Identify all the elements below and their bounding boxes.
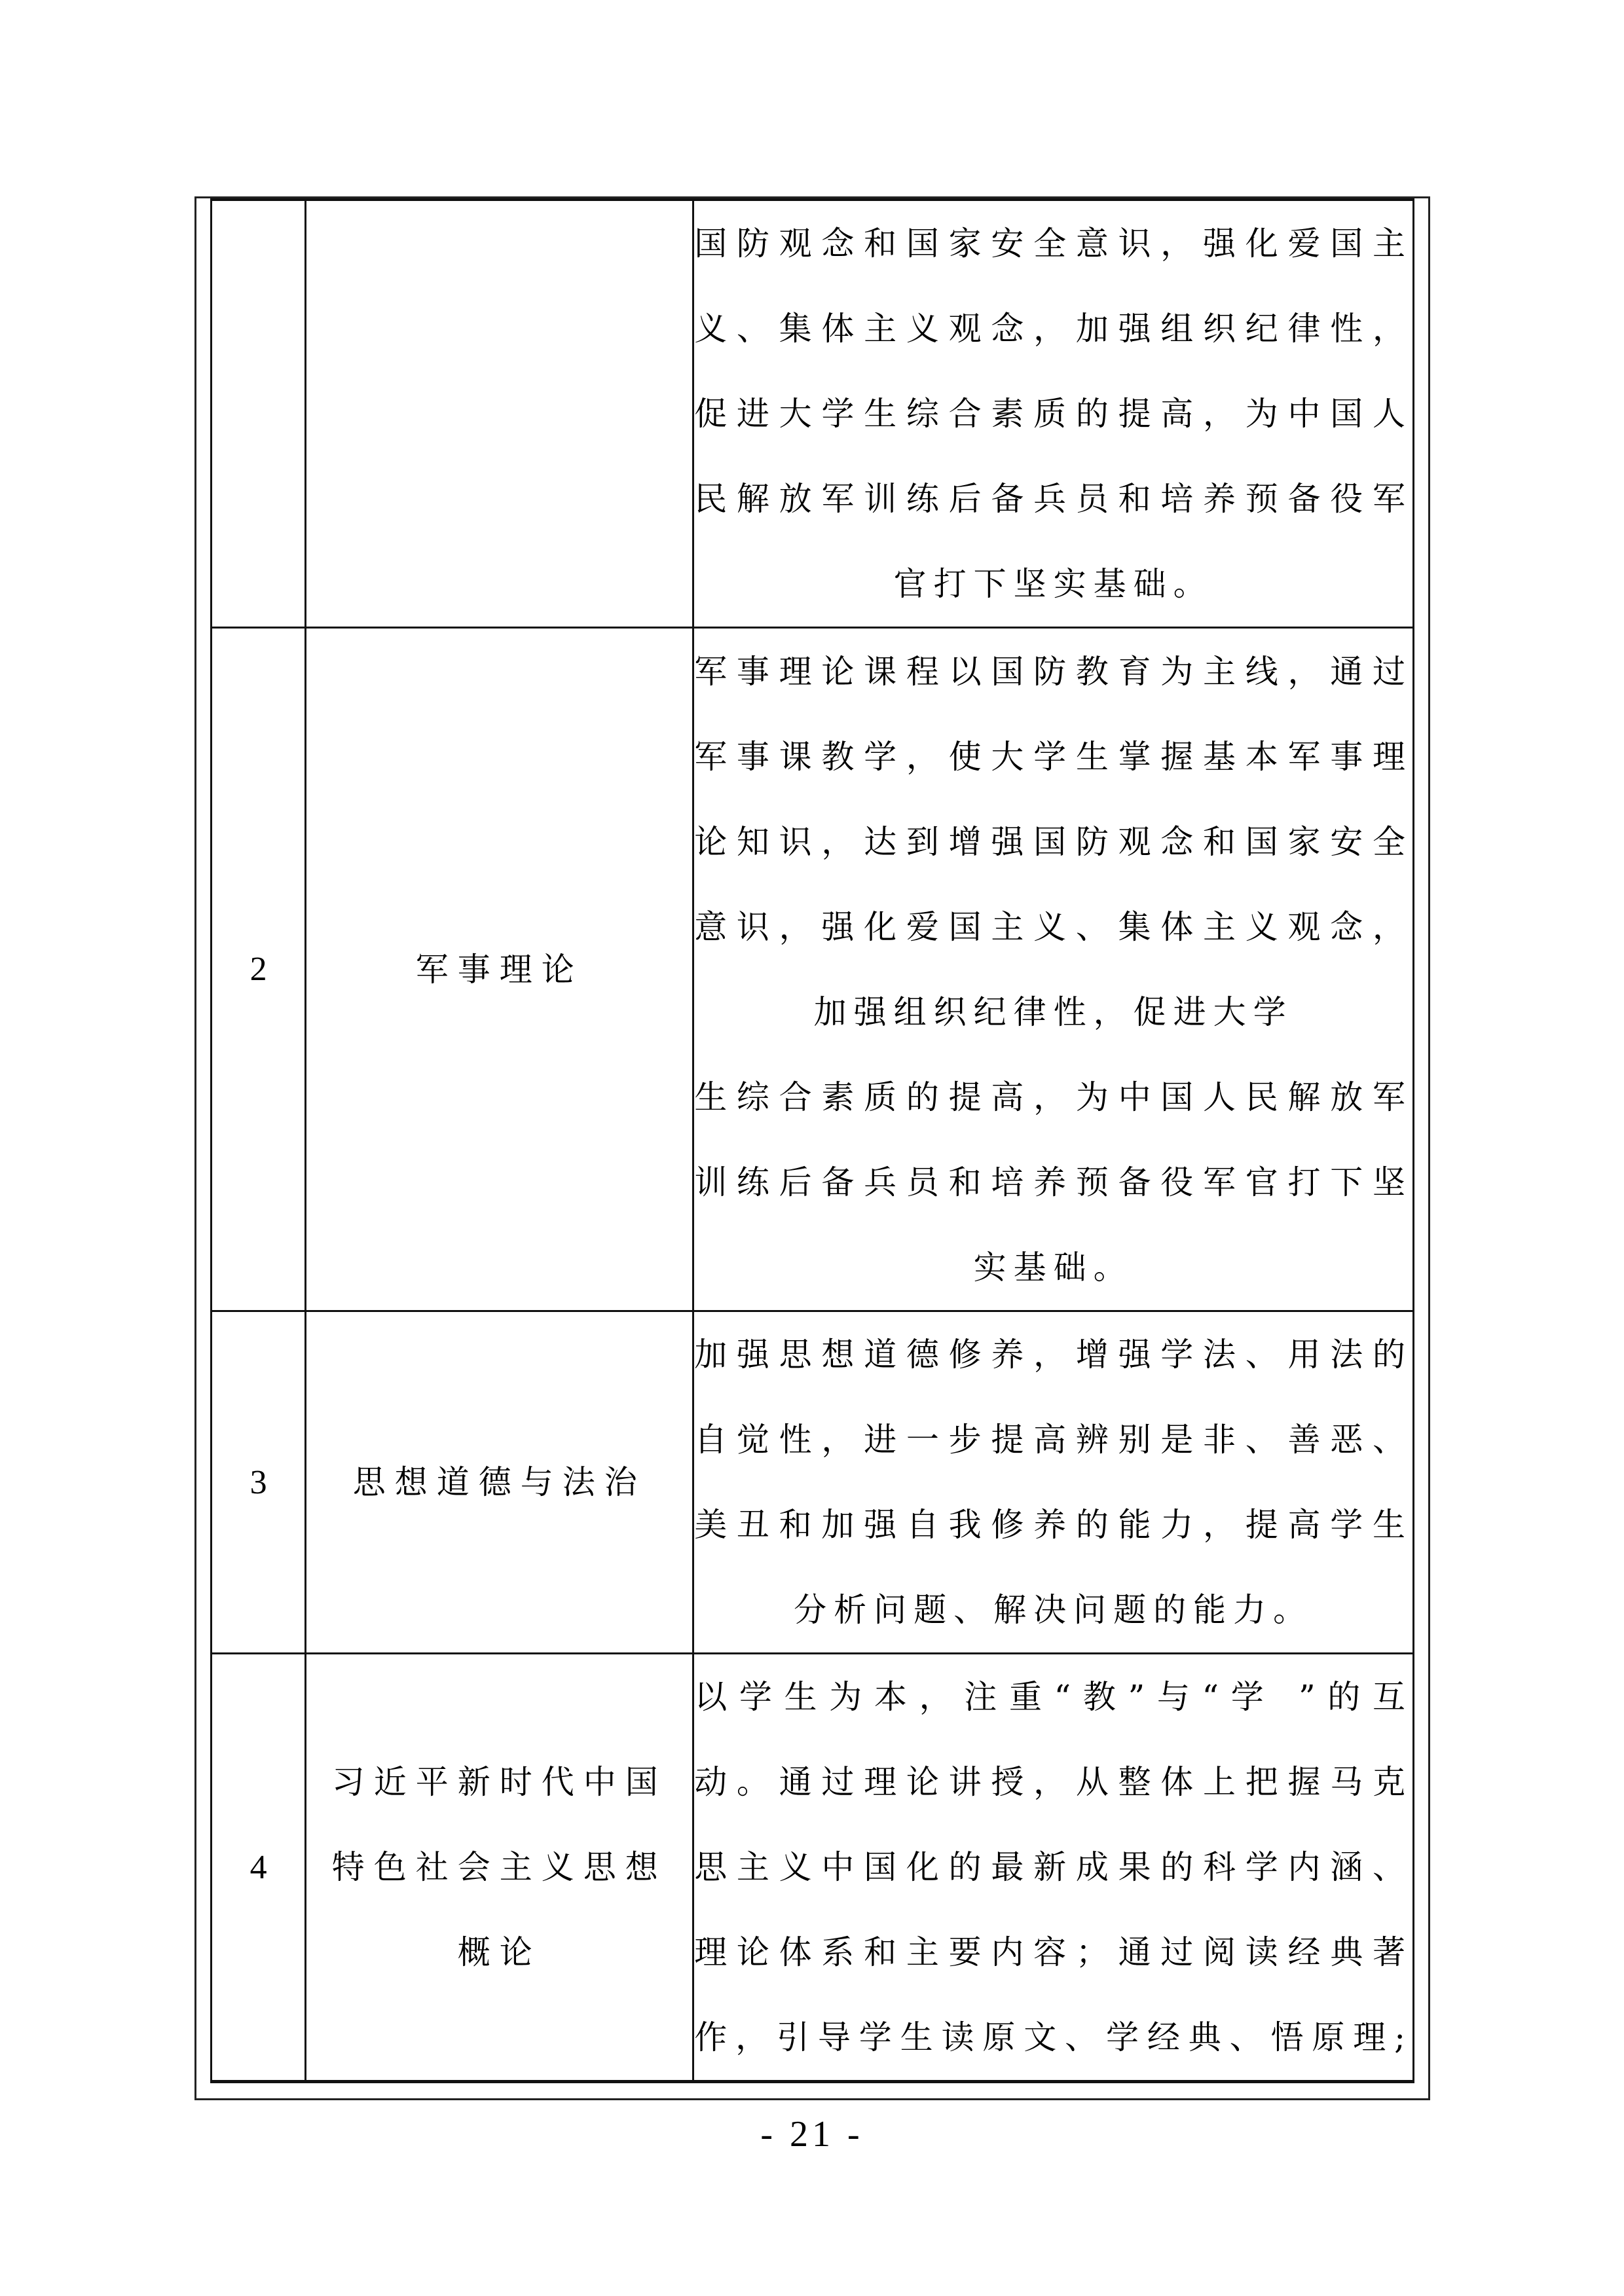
table-row: 国防观念和国家安全意识，强化爱国主 义、集体主义观念，加强组织纪律性， 促进大学… <box>212 200 1414 628</box>
description-line: 生综合素质的提高，为中国人民解放军 <box>694 1055 1412 1140</box>
description-line: 实基础。 <box>694 1225 1412 1310</box>
description-line: 意识，强化爱国主义、集体主义观念， <box>694 884 1412 970</box>
description-line: 思主义中国化的最新成果的科学内涵、 <box>694 1825 1412 1910</box>
description-line: 作，引导学生读原文、学经典、悟原理; <box>694 1995 1412 2080</box>
course-table: 国防观念和国家安全意识，强化爱国主 义、集体主义观念，加强组织纪律性， 促进大学… <box>210 198 1414 2083</box>
description-line: 加强思想道德修养，增强学法、用法的 <box>694 1312 1412 1397</box>
course-name-line: 概论 <box>306 1910 692 1995</box>
course-name-line: 特色社会主义思想 <box>306 1825 692 1910</box>
course-number-cell: 4 <box>212 1654 306 2082</box>
description-line: 民解放军训练后备兵员和培养预备役军 <box>694 456 1412 541</box>
course-name-line: 思想道德与法治 <box>353 1463 646 1501</box>
description-line: 以学生为本，注重“教”与“学 ”的互 <box>694 1654 1412 1740</box>
course-name-cell: 军事理论 <box>306 628 693 1311</box>
description-line: 军事理论课程以国防教育为主线，通过 <box>694 629 1412 714</box>
description-line: 促进大学生综合素质的提高，为中国人 <box>694 371 1412 456</box>
description-line: 动。通过理论讲授，从整体上把握马克 <box>694 1740 1412 1825</box>
description-line: 加强组织纪律性，促进大学 <box>694 970 1412 1055</box>
course-description-cell: 军事理论课程以国防教育为主线，通过 军事课教学，使大学生掌握基本军事理 论知识，… <box>693 628 1414 1311</box>
course-name-line: 习近平新时代中国 <box>306 1740 692 1825</box>
course-description-cell: 以学生为本，注重“教”与“学 ”的互 动。通过理论讲授，从整体上把握马克 思主义… <box>693 1654 1414 2082</box>
course-number-cell: 3 <box>212 1311 306 1654</box>
course-number-cell: 2 <box>212 628 306 1311</box>
description-line: 训练后备兵员和培养预备役军官打下坚 <box>694 1140 1412 1225</box>
course-number-cell <box>212 200 306 628</box>
course-description-cell: 加强思想道德修养，增强学法、用法的 自觉性，进一步提高辨别是非、善恶、 美丑和加… <box>693 1311 1414 1654</box>
description-line: 官打下坚实基础。 <box>694 541 1412 627</box>
description-line: 论知识，达到增强国防观念和国家安全 <box>694 799 1412 884</box>
course-description-cell: 国防观念和国家安全意识，强化爱国主 义、集体主义观念，加强组织纪律性， 促进大学… <box>693 200 1414 628</box>
course-name-line: 军事理论 <box>416 951 583 989</box>
course-name-cell: 思想道德与法治 <box>306 1311 693 1654</box>
description-line: 军事课教学，使大学生掌握基本军事理 <box>694 714 1412 799</box>
description-line: 义、集体主义观念，加强组织纪律性， <box>694 286 1412 371</box>
course-name-cell: 习近平新时代中国 特色社会主义思想 概论 <box>306 1654 693 2082</box>
description-line: 美丑和加强自我修养的能力，提高学生 <box>694 1482 1412 1567</box>
description-line: 自觉性，进一步提高辨别是非、善恶、 <box>694 1397 1412 1482</box>
table-row: 2 军事理论 军事理论课程以国防教育为主线，通过 军事课教学，使大学生掌握基本军… <box>212 628 1414 1311</box>
description-line: 理论体系和主要内容；通过阅读经典著 <box>694 1910 1412 1995</box>
description-line: 分析问题、解决问题的能力。 <box>694 1567 1412 1652</box>
description-line: 国防观念和国家安全意识，强化爱国主 <box>694 201 1412 286</box>
page-number: - 21 - <box>0 2113 1624 2155</box>
table-row: 4 习近平新时代中国 特色社会主义思想 概论 以学生为本，注重“教”与“学 ”的… <box>212 1654 1414 2082</box>
course-name-cell <box>306 200 693 628</box>
table-row: 3 思想道德与法治 加强思想道德修养，增强学法、用法的 自觉性，进一步提高辨别是… <box>212 1311 1414 1654</box>
